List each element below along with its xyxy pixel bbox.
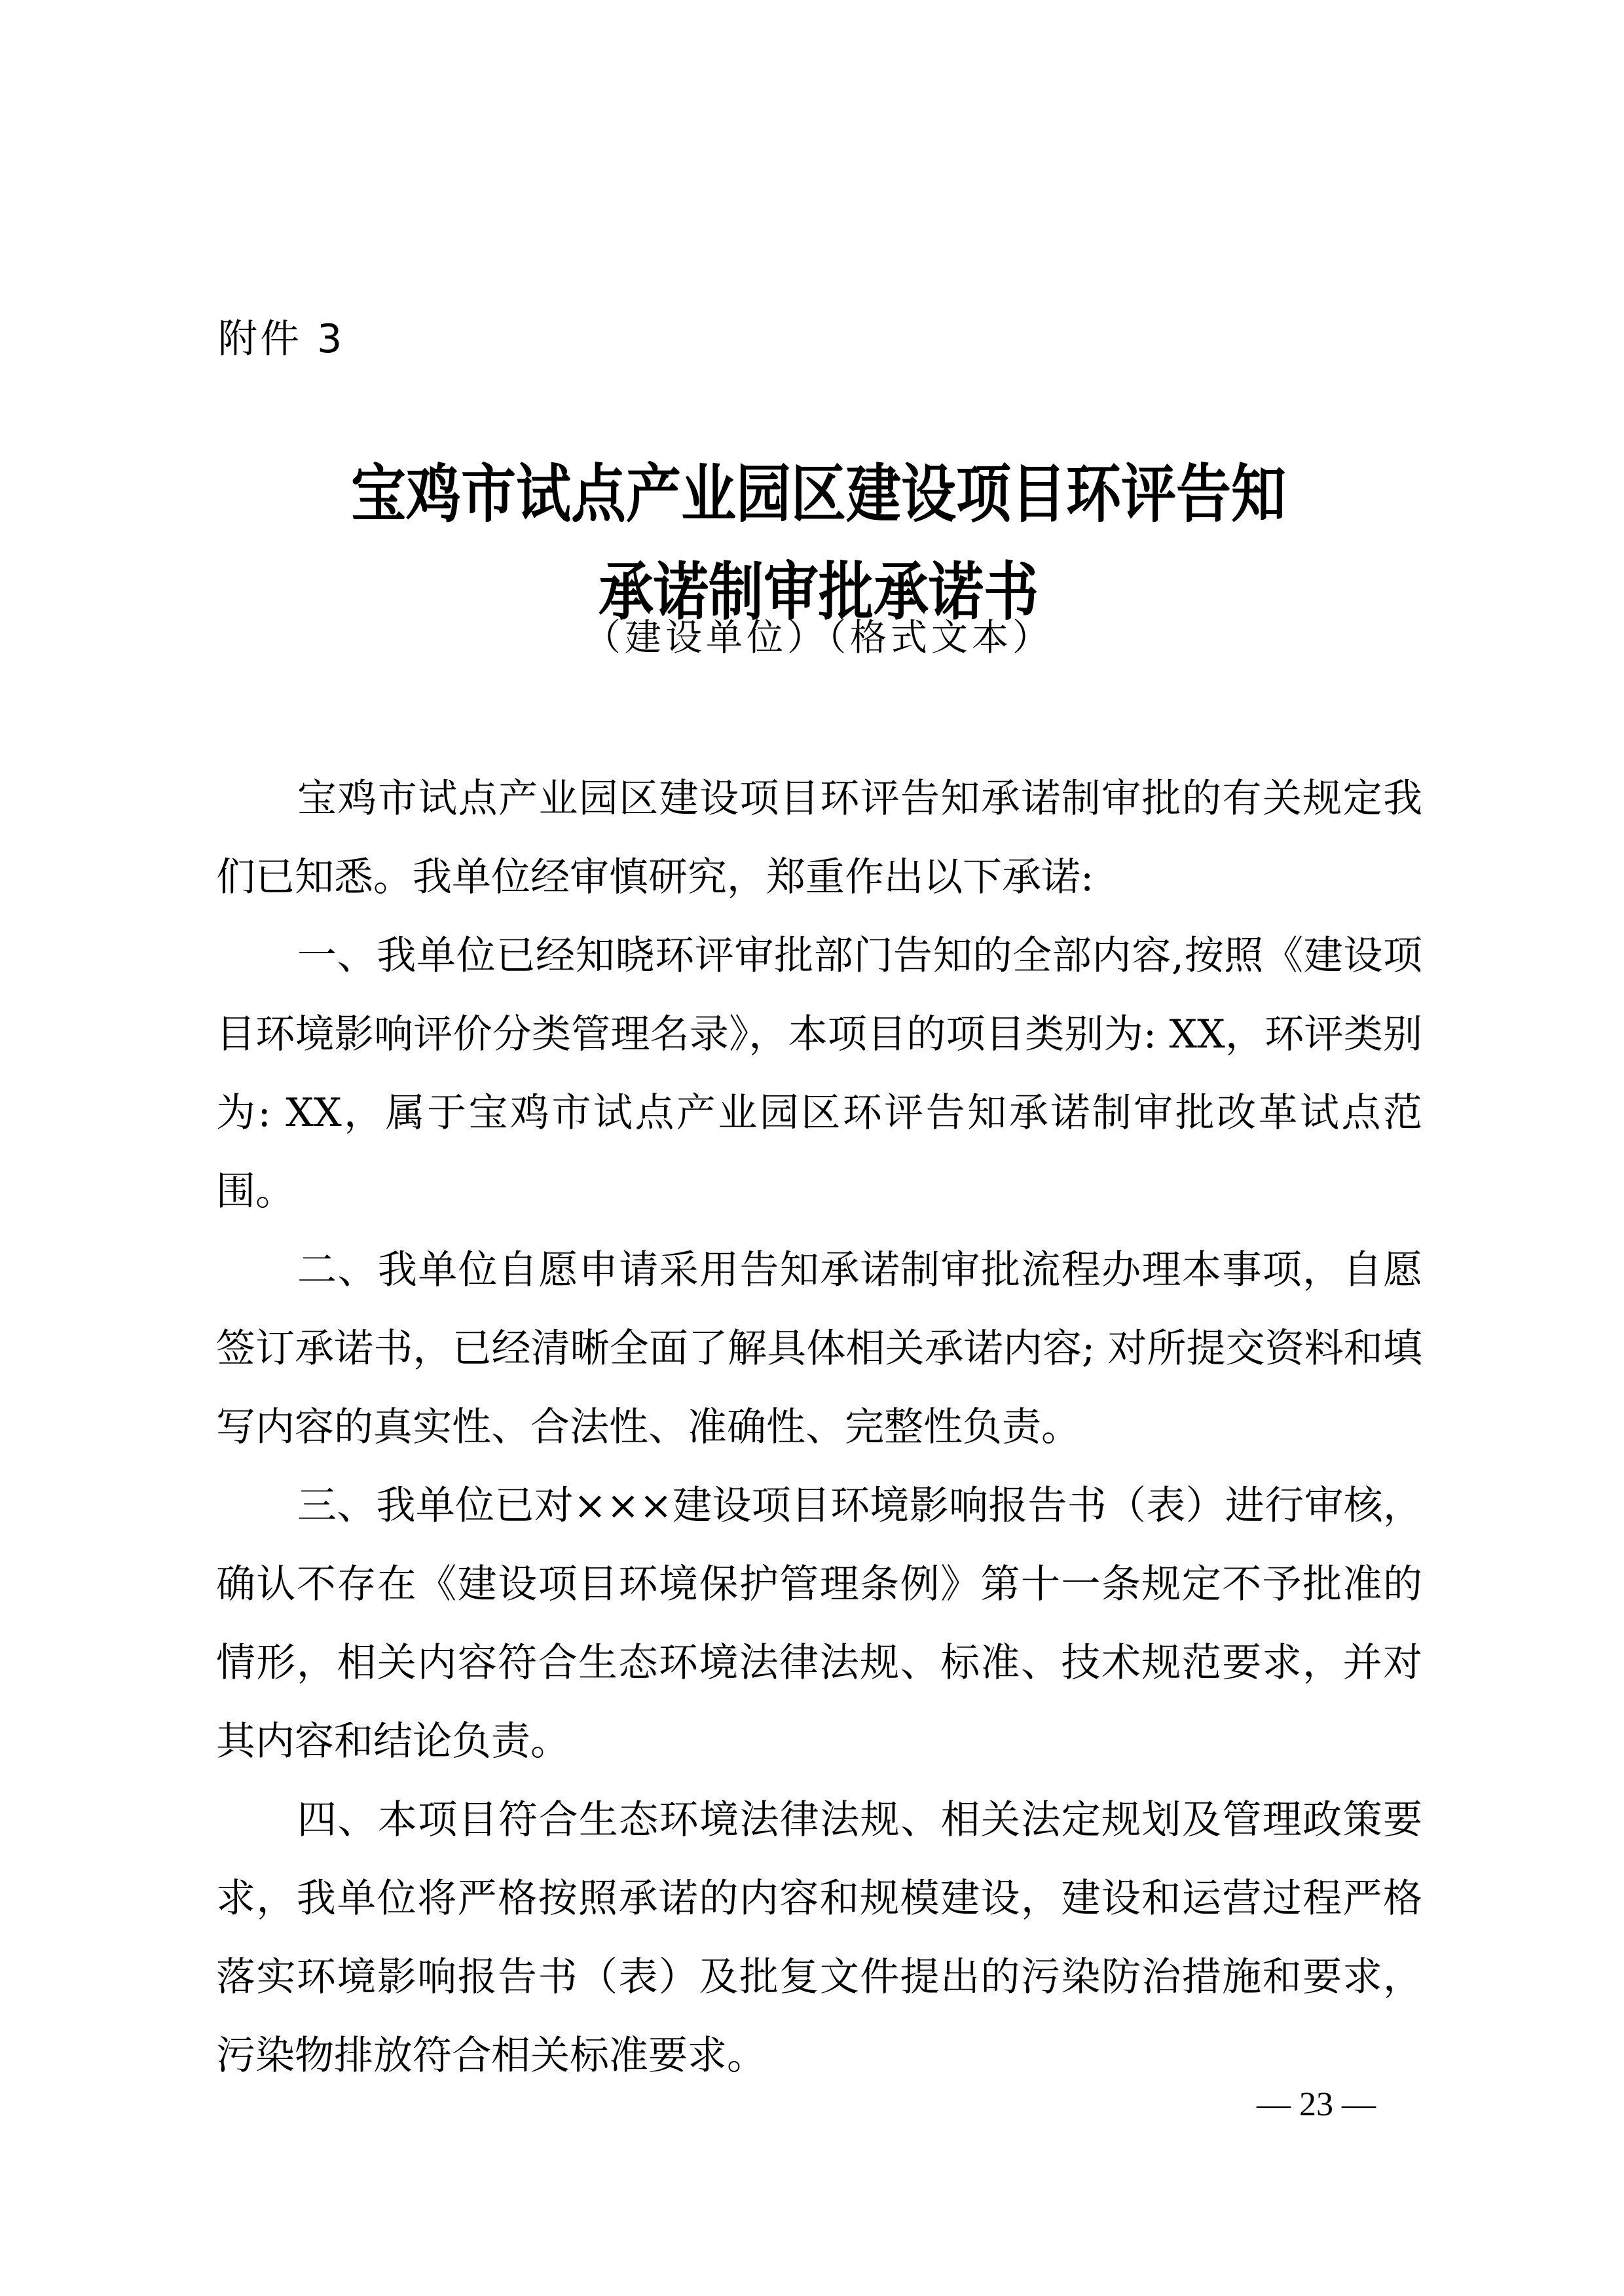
document-page: 附件 3 宝鸡市试点产业园区建设项目环评告知 承诺制审批承诺书 （建设单位）（格… bbox=[0, 0, 1624, 2296]
commitment-paragraph-3: 三、我单位已对×××建设项目环境影响报告书（表）进行审核，确认不存在《建设项目环… bbox=[216, 1467, 1422, 1781]
document-body: 宝鸡市试点产业园区建设项目环评告知承诺制审批的有关规定我们已知悉。我单位经审慎研… bbox=[216, 759, 1422, 2095]
document-subtitle: （建设单位）（格式文本） bbox=[216, 612, 1421, 665]
commitment-paragraph-1: 一、我单位已经知晓环评审批部门告知的全部内容,按照《建设项目环境影响评价分类管理… bbox=[216, 917, 1422, 1231]
title-line-1: 宝鸡市试点产业园区建设项目环评告知 bbox=[216, 445, 1421, 543]
commitment-paragraph-2: 二、我单位自愿申请采用告知承诺制审批流程办理本事项，自愿签订承诺书，已经清晰全面… bbox=[216, 1231, 1422, 1467]
attachment-label: 附件 3 bbox=[218, 313, 344, 365]
commitment-paragraph-4: 四、本项目符合生态环境法律法规、相关法定规划及管理政策要求，我单位将严格按照承诺… bbox=[216, 1781, 1422, 2095]
intro-paragraph: 宝鸡市试点产业园区建设项目环评告知承诺制审批的有关规定我们已知悉。我单位经审慎研… bbox=[216, 759, 1422, 917]
page-number: — 23 — bbox=[1231, 2082, 1401, 2128]
